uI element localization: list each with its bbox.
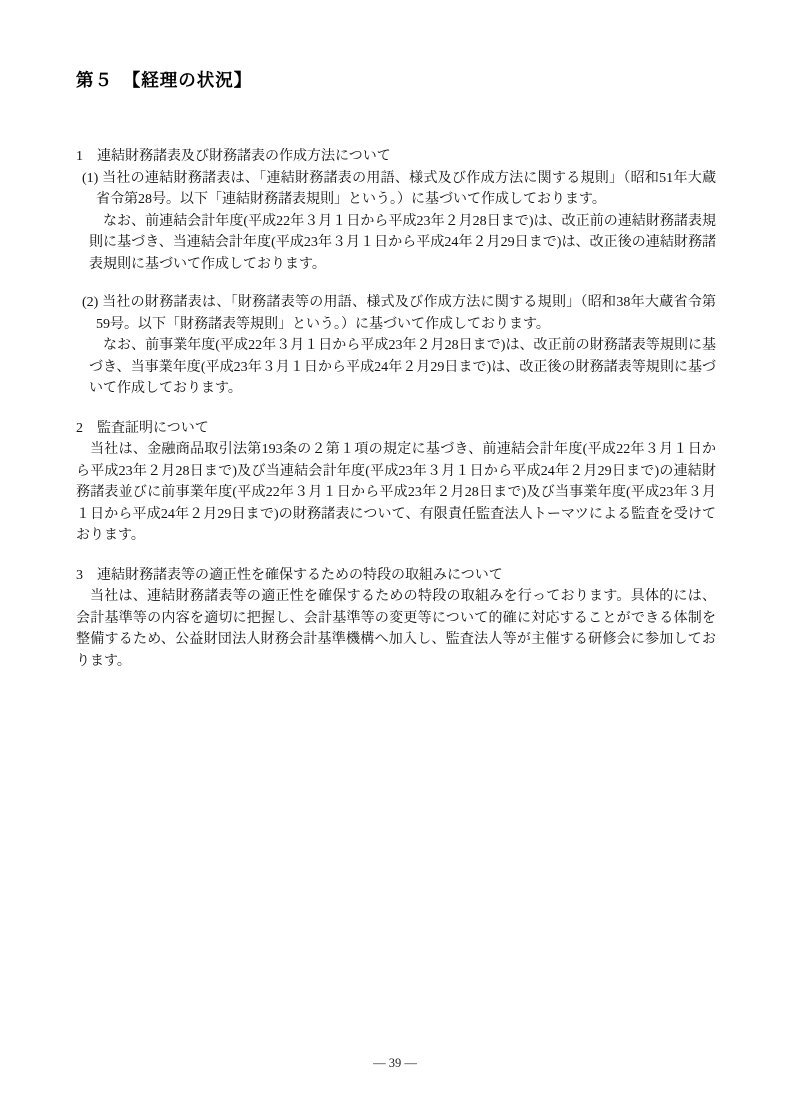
item-nonconsolidated-statements: (2) 当社の財務諸表は、「財務諸表等の用語、様式及び作成方法に関する規則」（昭… [76, 292, 716, 400]
page-number: ― 39 ― [373, 1056, 417, 1070]
item-2-lead-paragraph: (2) 当社の財務諸表は、「財務諸表等の用語、様式及び作成方法に関する規則」（昭… [82, 292, 716, 335]
item-1-note-paragraph: なお、前連結会計年度(平成22年３月１日から平成23年２月28日まで)は、改正前… [89, 211, 716, 276]
section-2-heading: 2 監査証明について [76, 418, 716, 440]
section-1-heading: 1 連結財務諸表及び財務諸表の作成方法について [76, 146, 716, 168]
section-accounting-methods: 1 連結財務諸表及び財務諸表の作成方法について (1) 当社の連結財務諸表は、「… [76, 146, 716, 400]
section-special-initiatives: 3 連結財務諸表等の適正性を確保するための特段の取組みについて 当社は、連結財務… [76, 565, 716, 673]
section-2-body-paragraph: 当社は、金融商品取引法第193条の２第１項の規定に基づき、前連結会計年度(平成2… [76, 439, 716, 547]
page-footer: ― 39 ― [0, 1053, 790, 1075]
document-page: 第５ 【経理の状況】 1 連結財務諸表及び財務諸表の作成方法について (1) 当… [0, 0, 790, 1118]
item-1-lead-paragraph: (1) 当社の連結財務諸表は、「連結財務諸表の用語、様式及び作成方法に関する規則… [82, 168, 716, 211]
section-3-heading: 3 連結財務諸表等の適正性を確保するための特段の取組みについて [76, 565, 716, 587]
page-title: 第５ 【経理の状況】 [76, 68, 716, 92]
item-consolidated-statements: (1) 当社の連結財務諸表は、「連結財務諸表の用語、様式及び作成方法に関する規則… [76, 168, 716, 276]
item-2-note-paragraph: なお、前事業年度(平成22年３月１日から平成23年２月28日まで)は、改正前の財… [89, 335, 716, 400]
section-audit-certification: 2 監査証明について 当社は、金融商品取引法第193条の２第１項の規定に基づき、… [76, 418, 716, 547]
section-3-body-paragraph: 当社は、連結財務諸表等の適正性を確保するための特段の取組みを行っております。具体… [76, 586, 716, 672]
